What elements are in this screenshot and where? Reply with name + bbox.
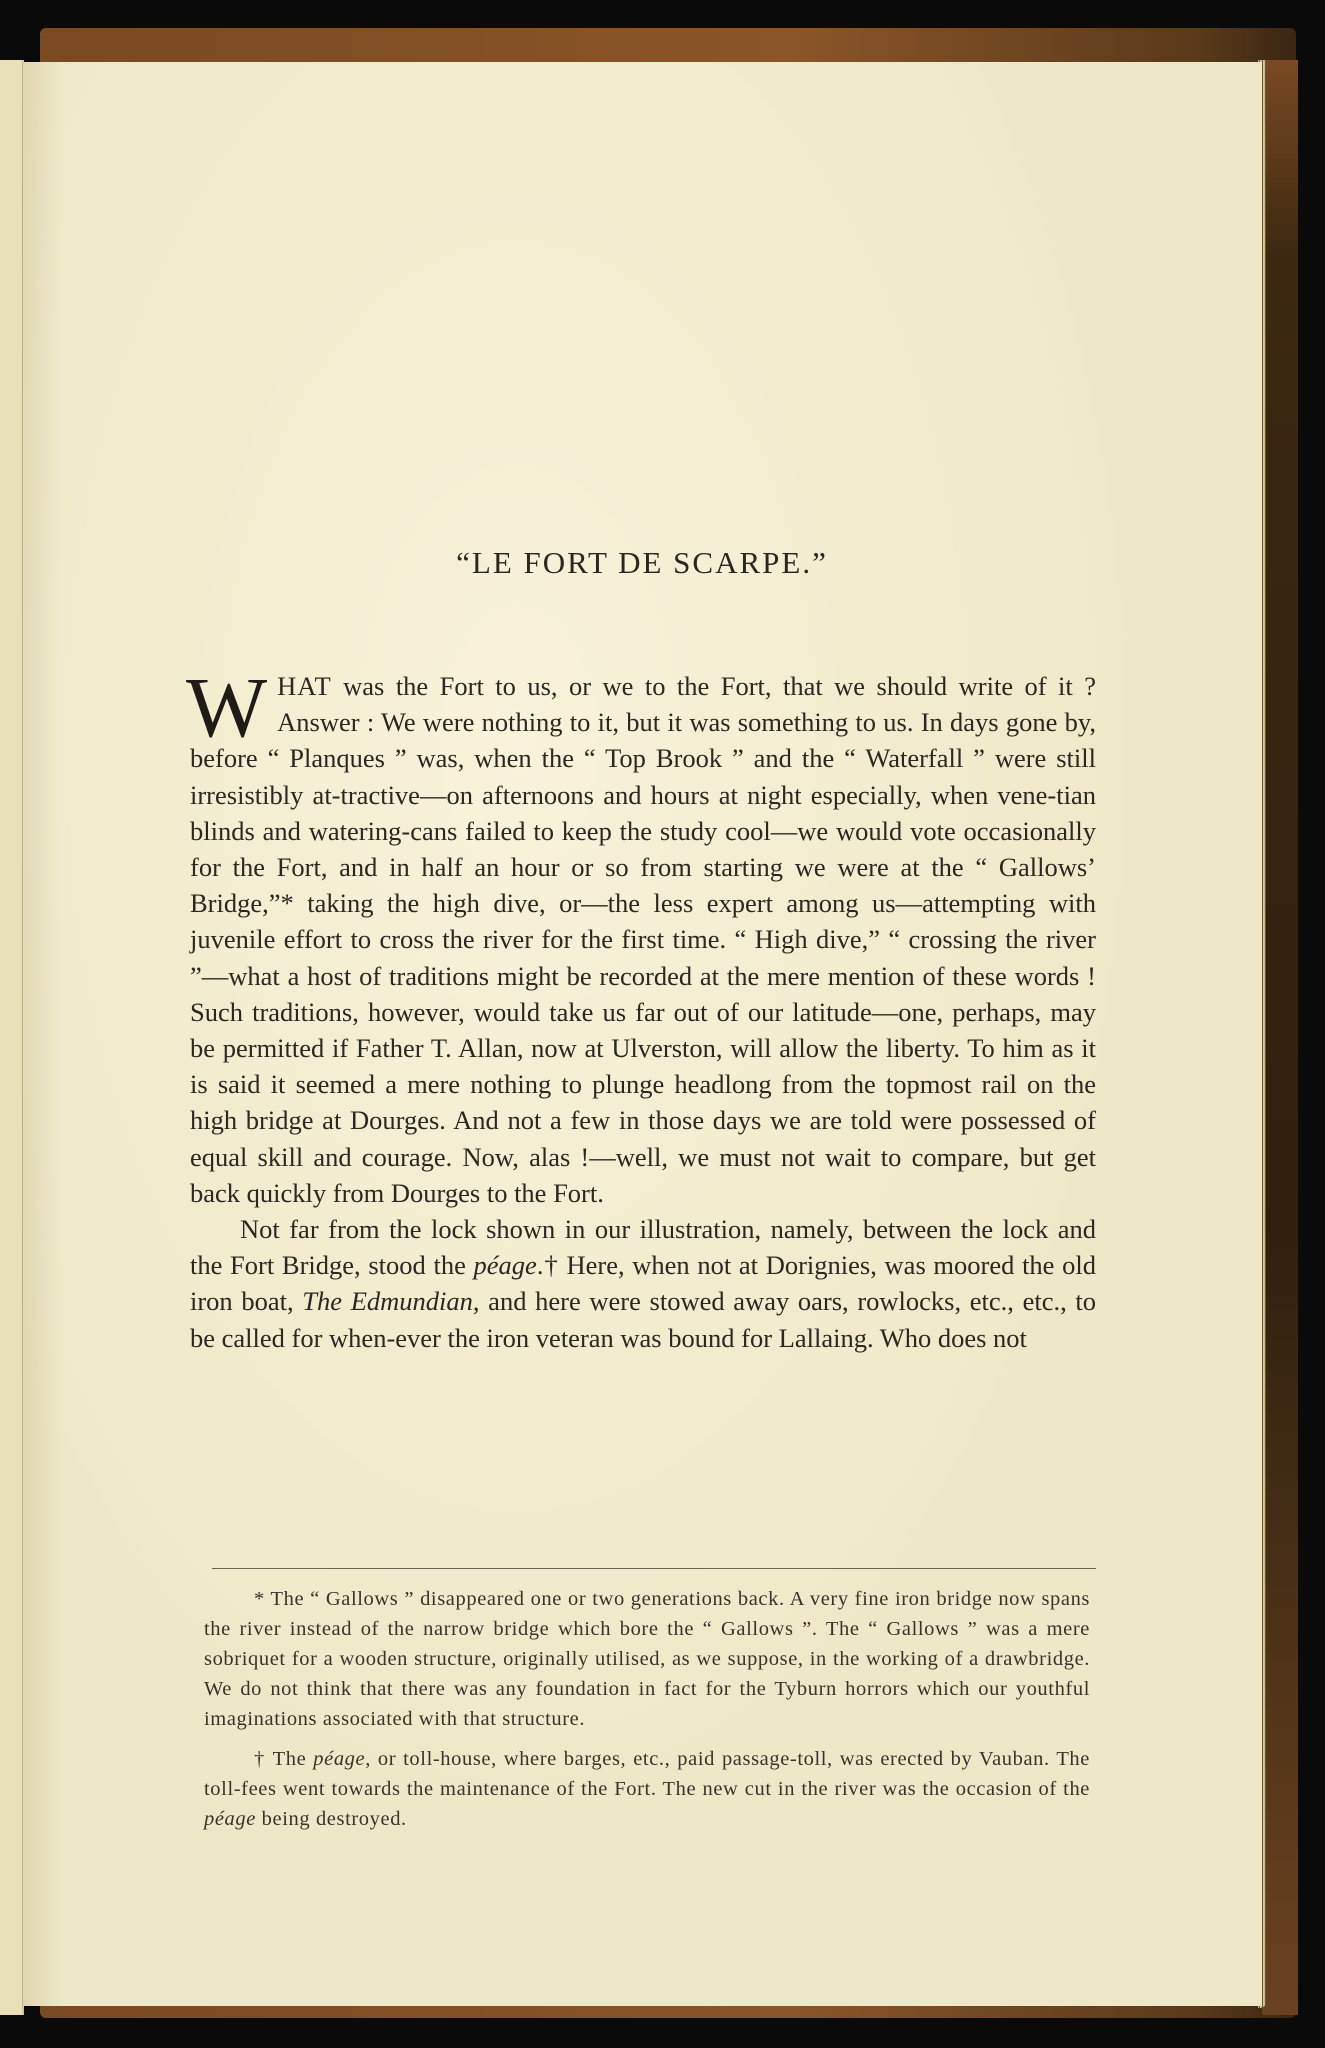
paragraph-1-text: was the Fort to us, or we to the Fort, t…	[190, 671, 1096, 1208]
footnote-rule	[212, 1568, 1096, 1569]
footnote-1: * The “ Gallows ” disappeared one or two…	[204, 1584, 1090, 1734]
footnotes: * The “ Gallows ” disappeared one or two…	[204, 1584, 1090, 1844]
book-page: “LE FORT DE SCARPE.” WHAT was the Fort t…	[22, 62, 1262, 2006]
opening-caps: HAT	[277, 671, 332, 701]
peage-italic: péage	[204, 1808, 256, 1830]
boat-name-italic: The Edmundian	[302, 1286, 473, 1316]
paragraph-1: WHAT was the Fort to us, or we to the Fo…	[190, 668, 1096, 1211]
peage-italic: péage	[313, 1748, 365, 1770]
paragraph-2: Not far from the lock shown in our illus…	[190, 1211, 1096, 1356]
footnote-1-text: The “ Gallows ” disappeared one or two g…	[204, 1588, 1090, 1730]
gutter	[22, 62, 23, 2006]
facing-page-edge	[0, 60, 24, 2015]
footnote-2-text-a: The	[266, 1748, 313, 1770]
footnote-marker: *	[254, 1588, 265, 1610]
body-text: WHAT was the Fort to us, or we to the Fo…	[190, 668, 1096, 1356]
footnote-marker: †	[254, 1748, 266, 1770]
peage-italic: péage	[474, 1250, 537, 1280]
footnote-2-text-c: being destroyed.	[256, 1808, 407, 1830]
book-cover-edge	[1262, 60, 1298, 2015]
drop-cap: W	[186, 674, 267, 740]
chapter-title: “LE FORT DE SCARPE.”	[22, 545, 1262, 581]
footnote-2: † The péage, or toll-house, where barges…	[204, 1744, 1090, 1834]
